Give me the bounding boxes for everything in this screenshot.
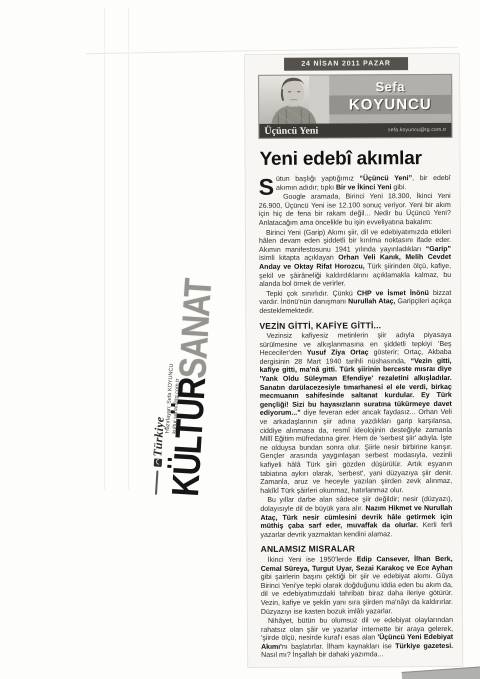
paper-crease [128, 8, 129, 490]
author-photo [259, 76, 329, 124]
body-paragraph: Google aramada, Birinci Yeni 18.300, İki… [259, 193, 451, 228]
article-clipping: 24 NİSAN 2011 PAZAR [244, 53, 463, 668]
date-bar: 24 NİSAN 2011 PAZAR [284, 57, 408, 71]
byline-box: Sefa KOYUNCU Üçüncü Yeni sefa.koyuncu@tg… [258, 74, 452, 139]
author-name-area: Sefa KOYUNCU [329, 75, 451, 124]
section-title-sanat: SANAT [172, 278, 220, 379]
author-portrait-illustration [259, 76, 329, 124]
body-paragraph: Bu yıllar darbe alan sâdece şiir değildi… [260, 496, 452, 540]
column-title: Üçüncü Yeni [264, 125, 318, 136]
paper-crease [104, 8, 105, 490]
author-contact: sefa.koyuncu@tg.com.tr [388, 127, 446, 133]
section-heading: VEZİN GİTTİ, KAFİYE GİTTİ... [259, 320, 451, 330]
scan-corner-shadow [402, 666, 480, 679]
rule-line [154, 471, 157, 495]
newspaper-emblem-icon [153, 458, 161, 466]
body-paragraph: Vezinsiz kafiyesiz metinlerin şiir adıyl… [259, 332, 452, 496]
author-last-name: KOYUNCU [329, 95, 451, 115]
section-title: KÜLTÜRSANAT [168, 278, 217, 497]
section-title-kultur: KÜLTÜR [165, 377, 214, 498]
scanned-newspaper-page: { "date_bar": "24 NİSAN 2011 PAZAR", "by… [0, 0, 480, 679]
article-body: Sütun başlığı yaptığımız “Üçüncü Yeni”, … [259, 175, 454, 661]
body-paragraph: İkinci Yeni ise 1950'lerde Edip Cansever… [261, 556, 453, 617]
section-banner: Türkiye Hazırlayan: Sefa KOYUNCU kultur.… [146, 262, 222, 497]
article-headline: Yeni edebî akımlar [259, 148, 453, 171]
body-paragraph: Sütun başlığı yaptığımız “Üçüncü Yeni”, … [259, 175, 451, 193]
column-title-bar: Üçüncü Yeni sefa.koyuncu@tg.com.tr [259, 123, 451, 138]
section-heading: ANLAMSIZ MISRALAR [261, 544, 453, 554]
body-paragraph: Birinci Yeni (Garip) Akımı şiir, dil ve … [259, 228, 451, 289]
article-column: 24 NİSAN 2011 PAZAR [245, 54, 462, 661]
body-paragraph: Tepki çok sınırlıdır. Çünkü CHP ve İsmet… [259, 290, 451, 317]
author-first-name: Sefa [329, 79, 451, 95]
drop-cap: S [259, 176, 276, 198]
body-paragraph: Nihâyet, bütün bu olumsuz dil ve edebiya… [261, 617, 453, 661]
